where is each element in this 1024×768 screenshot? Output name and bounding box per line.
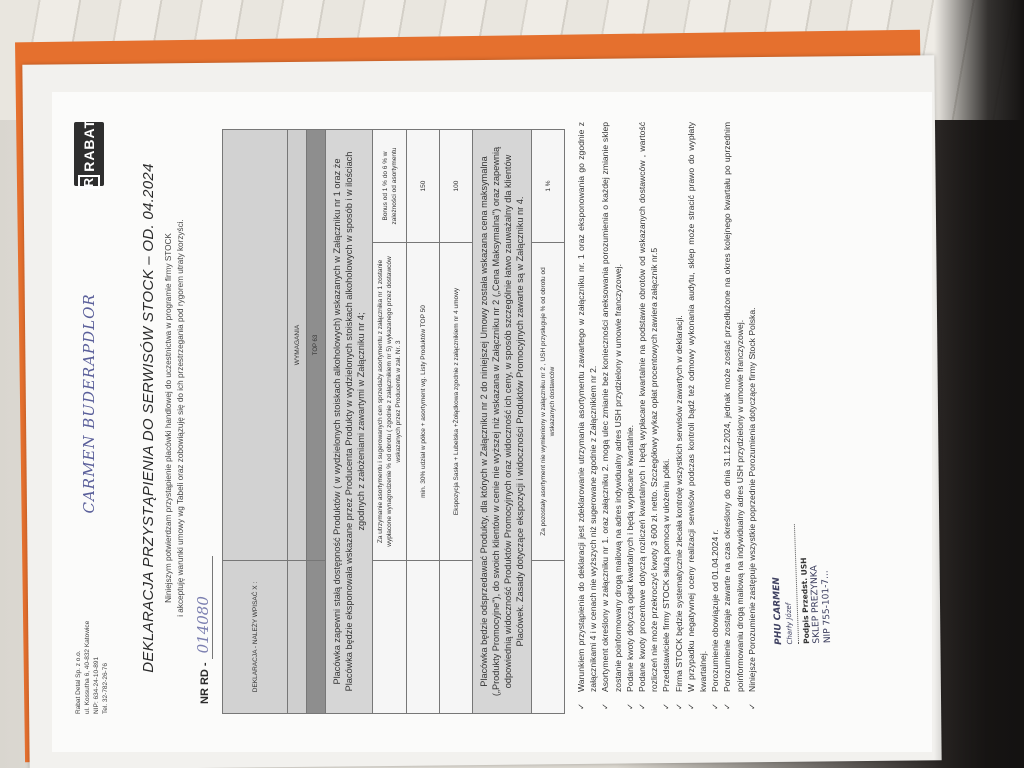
requirement-text: Ekspozycja Saska + Lubelska +Żołądkowa z… [440,243,473,561]
header-left: Rabat Detal Sp. z o.o. ul. Kossutha 6, 4… [74,621,110,714]
intro-line-2: i akceptuję warunki umowy wg Tabeli oraz… [175,122,187,714]
table-row: Za utrzymanie asortymentu i sugerowanych… [373,130,407,714]
requirement-value: 100 [440,130,473,243]
declaration-checkbox-cell[interactable] [407,561,440,714]
condition-item: ✓Firma STOCK będzie systematycznie zleca… [673,122,685,710]
nr-rd-label: NR RD - [199,662,211,704]
rabat-logo: R RABAT [74,122,104,186]
condition-text: Niniejsze Porozumienie zastępuje wszystk… [747,307,757,692]
table-row: min. 30% udział w półce + asortyment wg.… [407,130,440,714]
empty-cell [307,561,326,714]
signature-block: PHU CARMEN Charły Józef Podpis Przedst. … [772,122,832,644]
condition-text: Porozumienie obowiązuje od 01.04.2024 r. [710,530,720,692]
intro-text: Niniejszym potwierdzam przystąpienie pla… [163,122,186,714]
checkmark-icon: ✓ [685,703,697,710]
requirement-value: 1 % [532,130,565,243]
section1-text: Placówka zapewni stałą dostępność Produk… [326,130,373,714]
condition-item: ✓Warunkiem przystąpienia do deklaracji j… [575,122,599,710]
document-photo: Rabat Detal Sp. z o.o. ul. Kossutha 6, 4… [52,92,932,752]
company-name: Rabat Detal Sp. z o.o. [74,621,83,714]
company-stamp: PHU CARMEN Charły Józef Podpis Przedst. … [770,523,834,645]
company-info: Rabat Detal Sp. z o.o. ul. Kossutha 6, 4… [74,621,110,714]
condition-text: Warunkiem przystąpienia do deklaracji je… [576,122,598,692]
nr-rd-value: 014080 [194,556,213,659]
condition-text: Porozumienie zostaje zawarte na czas okr… [722,122,744,692]
condition-text: Przedstawiciele firmy STOCK służą pomocą… [661,459,671,692]
checkmark-icon: ✓ [746,703,758,710]
section2-row: Placówka będzie odsprzedawać Produkty, d… [473,130,532,714]
document-title: DEKLARACJA PRZYSTĄPIENIA DO SERWISÓW STO… [140,122,157,714]
condition-item: ✓Niniejsze Porozumienie zastępuje wszyst… [746,122,758,710]
company-tel: Tel. 32-782-26-76 [101,621,110,714]
logo-mark-icon: R [78,175,100,189]
requirement-value: Bonus od 1 % do 6 % w zależności od asor… [373,130,407,243]
declaration-page: Rabat Detal Sp. z o.o. ul. Kossutha 6, 4… [52,92,932,752]
section1-row: Placówka zapewni stałą dostępność Produk… [326,130,373,714]
condition-item: ✓Porozumienie obowiązuje od 01.04.2024 r… [709,122,721,710]
checkmark-icon: ✓ [624,703,636,710]
checkmark-icon: ✓ [660,703,672,710]
page-header: Rabat Detal Sp. z o.o. ul. Kossutha 6, 4… [74,122,138,714]
requirement-value: 150 [407,130,440,243]
requirement-text: min. 30% udział w półce + asortyment wg.… [407,243,440,561]
condition-item: ✓Podane kwoty procentowe dotyczą rozlicz… [636,122,660,710]
condition-item: ✓Podane kwoty dotyczą opłat kwartalnych … [624,122,636,710]
table-header-row: DEKLARACJA - NALEŻY WPISAĆ X : [223,130,288,714]
requirement-text: Za pozostały asortyment nie wymieniony w… [532,243,565,561]
logo-text: RABAT [81,119,97,172]
empty-cell [288,561,307,714]
nr-rd-field: NR RD - 014080 [194,122,212,704]
condition-item: ✓Przedstawiciele firmy STOCK służą pomoc… [660,122,672,710]
handwritten-store-name: CARMEN BUDERAPDLOR [80,293,98,513]
declaration-header-cell: DEKLARACJA - NALEŻY WPISAĆ X : [223,561,288,714]
checkmark-icon: ✓ [721,703,733,710]
requirement-text: Za utrzymanie asortymentu i sugerowanych… [373,243,407,561]
checkmark-icon: ✓ [709,703,721,710]
blank-header-cell [223,130,288,561]
company-nip: NIP: 634-24-10-891 [92,621,101,714]
declaration-checkbox-cell[interactable] [532,561,565,714]
condition-text: Podane kwoty procentowe dotyczą rozlicze… [637,122,659,692]
condition-text: W przypadku negatywnej oceny realizacji … [686,122,708,692]
condition-item: ✓W przypadku negatywnej oceny realizacji… [685,122,709,710]
intro-line-1: Niniejszym potwierdzam przystąpienie pla… [163,122,175,714]
checkmark-icon: ✓ [636,703,648,710]
requirements-header-row: WYMAGANIA [288,130,307,714]
section2-text: Placówka będzie odsprzedawać Produkty, d… [473,130,532,714]
requirements-header: WYMAGANIA [288,130,307,561]
condition-item: ✓Porozumienie zostaje zawarte na czas ok… [721,122,745,710]
condition-text: Podane kwoty dotyczą opłat kwartalnych i… [625,425,635,692]
checkmark-icon: ✓ [575,703,587,710]
table-row: Ekspozycja Saska + Lubelska +Żołądkowa z… [440,130,473,714]
conditions-list: ✓Warunkiem przystąpienia do deklaracji j… [575,122,758,714]
condition-item: ✓Asortyment określony w załączniku nr 1.… [599,122,623,710]
top-header-row: TOP 63 [307,130,326,714]
declaration-checkbox-cell[interactable] [440,561,473,714]
table-row: Za pozostały asortyment nie wymieniony w… [532,130,565,714]
top63-header: TOP 63 [307,130,326,561]
requirements-table: DEKLARACJA - NALEŻY WPISAĆ X : WYMAGANIA… [222,129,565,714]
checkmark-icon: ✓ [599,703,611,710]
condition-text: Asortyment określony w załączniku nr 1. … [600,122,622,692]
photo-shadow [934,0,1024,768]
company-address: ul. Kossutha 6, 40-832 Katowice [83,621,92,714]
condition-text: Firma STOCK będzie systematycznie zlecał… [674,315,684,692]
declaration-checkbox-cell[interactable] [373,561,407,714]
checkmark-icon: ✓ [673,703,685,710]
